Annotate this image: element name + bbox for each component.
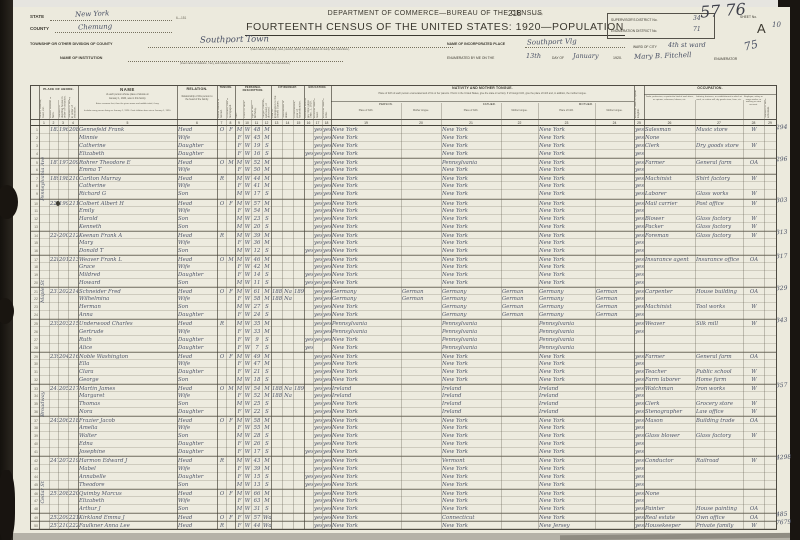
cell-rd: yes (314, 135, 322, 142)
cell-en: yes (635, 506, 644, 513)
cell-rel: Wife (178, 135, 217, 142)
cell-rel: Daughter (178, 345, 217, 352)
hole-punch-upper (0, 185, 18, 219)
cell-sc: yes (305, 345, 313, 352)
cell-wr: yes (323, 506, 331, 513)
cell-ag: 45 (252, 135, 262, 142)
cell-ag: 26 (252, 441, 262, 448)
row-number: 39 (31, 434, 38, 438)
row-number: 25 (31, 322, 38, 326)
cell-wr: yes (323, 127, 331, 134)
column-label-sx: Sex. (236, 95, 242, 118)
cell-en: yes (635, 280, 644, 287)
cell-rd: yes (314, 482, 322, 489)
cell-rd: yes (314, 441, 322, 448)
cell-ms: M (263, 425, 271, 432)
cell-sx: F (236, 167, 243, 174)
cell-fp: New York (442, 216, 501, 223)
cell-pb: New York (332, 135, 401, 142)
cell-wr: yes (323, 393, 331, 400)
table-row: 41JosephineDaughterFW17SyesyesyesNew Yor… (31, 448, 776, 456)
column-label-f: Number of family in order of visitation. (69, 95, 77, 118)
nativity-person: PERSON. (331, 103, 441, 106)
cell-h: 183 (50, 127, 58, 134)
cell-en: yes (635, 264, 644, 271)
table-row: 37245206218Frazier JacobHeadOFMW58Myesye… (31, 416, 776, 424)
sheet-hand-large: 75 (743, 37, 760, 53)
cell-rel: Wife (178, 466, 217, 473)
cell-fp: Ireland (442, 393, 501, 400)
nativity-mother: MOTHER. (538, 103, 634, 106)
cell-en: yes (635, 377, 644, 384)
cell-sx: F (236, 312, 243, 319)
state-line (50, 19, 172, 21)
county-value: Chemung (78, 22, 112, 31)
table-row: 38AmeliaWifeFW55MyesyesNew YorkNew YorkN… (31, 424, 776, 432)
cell-ag: 17 (252, 449, 262, 456)
cell-na: Na (283, 296, 293, 303)
cell-nm: Josephine (79, 449, 177, 456)
cell-ms: S (263, 272, 271, 279)
cell-pb: New York (332, 240, 401, 247)
cell-tr: None (645, 135, 695, 142)
cell-m8: F (227, 127, 235, 134)
cell-wr: yes (323, 264, 331, 271)
cell-in: Dry goods store (696, 143, 743, 150)
row-number: 48 (31, 507, 38, 511)
state-label: STATE (30, 14, 44, 19)
table-row: 24AnnaDaughterFW24SyesyesNew YorkGermany… (31, 311, 776, 319)
cell-cr: W (244, 433, 251, 440)
cell-ag: 23 (252, 216, 262, 223)
cell-en: yes (635, 409, 644, 416)
cell-rd: yes (314, 264, 322, 271)
column-label-na: Naturalized or alien. (283, 95, 292, 118)
cell-cr: W (244, 296, 251, 303)
row-number: 15 (31, 241, 38, 245)
cell-rd: yes (314, 312, 322, 319)
cell-rd: yes (314, 183, 322, 190)
cell-ag: 41 (252, 183, 262, 190)
cell-cr: W (244, 224, 251, 231)
cell-h: 257 (50, 523, 58, 530)
cell-em: W (744, 409, 764, 416)
cell-em: W (744, 224, 764, 231)
cell-sc: yes (305, 248, 313, 255)
row-number: 30 (31, 362, 38, 366)
cell-en: yes (635, 329, 644, 336)
grid-line-major (39, 86, 40, 529)
cell-pb: New York (332, 248, 401, 255)
cell-tr: Laborer (645, 191, 695, 198)
cell-in: Glass works (696, 191, 743, 198)
cell-rd: yes (314, 280, 322, 287)
cell-en: yes (635, 135, 644, 142)
cell-fp: New York (442, 151, 501, 158)
cell-nm: Catherine (79, 143, 177, 150)
margin-annotation: 313 (776, 228, 788, 236)
cell-cr: W (244, 312, 251, 319)
cell-in: House painting (696, 506, 743, 513)
cell-em: W (744, 377, 764, 384)
cell-rd: yes (314, 393, 322, 400)
cell-sx: M (236, 191, 243, 198)
cell-ag: 52 (252, 393, 262, 400)
cell-sx: M (236, 506, 243, 513)
table-row: 21231202214Schneider FredHeadOFMW61M1887… (31, 287, 776, 295)
cell-rd: yes (314, 337, 322, 344)
cell-rd: yes (314, 304, 322, 311)
row-number: 35 (31, 402, 38, 406)
table-row: 5187197209Rohrer Theodore EHeadOMMW52Mye… (31, 158, 776, 166)
cell-mp: New York (539, 498, 595, 505)
ward-value: 4th st ward (668, 41, 706, 49)
grid-line-major (271, 86, 272, 529)
cell-ms: M (263, 127, 271, 134)
grid-line-major (304, 86, 305, 529)
group-education: EDUCATION. (304, 87, 331, 90)
cell-wr: yes (323, 329, 331, 336)
row-number: 11 (31, 209, 38, 213)
cell-cr: W (244, 441, 251, 448)
cell-pb: New York (332, 441, 401, 448)
cell-pb: New York (332, 143, 401, 150)
father-place-label: Place of birth. (441, 110, 501, 113)
cell-fp: Ireland (442, 401, 501, 408)
cell-mp: New York (539, 482, 595, 489)
cell-sx: F (236, 466, 243, 473)
scan-corner-top-right (778, 0, 800, 7)
cell-ag: 39 (252, 466, 262, 473)
cell-mp: New York (539, 208, 595, 215)
table-row: 15MaryWifeFW36MyesyesNew YorkNew YorkNew… (31, 239, 776, 247)
column-label-ms: Single, married, widowed, or divorced. (263, 95, 270, 118)
cell-rel: Wife (178, 167, 217, 174)
cell-mp: Pennsylvania (539, 337, 595, 344)
table-row: 9Richard GSonMW17SyesyesNew YorkNew York… (31, 190, 776, 198)
cell-ms: S (263, 482, 271, 489)
group-tenure: TENURE. (217, 87, 235, 90)
margin-annotation: 343 (776, 317, 788, 325)
scan-edge-left (0, 0, 13, 540)
cell-em: OA (744, 506, 764, 513)
column-label-farm: Number of farm schedule. (765, 95, 775, 118)
cell-pb: New York (332, 345, 401, 352)
cell-ms: S (263, 441, 271, 448)
cell-mp: New York (539, 224, 595, 231)
cell-fp: New York (442, 167, 501, 174)
table-row: 25235203215Underwood CharlesHeadRMW35Mye… (31, 319, 776, 327)
cell-rd: yes (314, 425, 322, 432)
cell-rel: Daughter (178, 369, 217, 376)
cell-nm: Gertrude (79, 329, 177, 336)
cell-nm: Theodore (79, 482, 177, 489)
cell-tr: Glass blower (645, 433, 695, 440)
cell-pb: New York (332, 151, 401, 158)
cell-pb: New York (332, 208, 401, 215)
cell-rd: yes (314, 224, 322, 231)
margin-annotation: 317 (776, 253, 788, 261)
cell-en: yes (635, 272, 644, 279)
table-header-band: PLACE OF ABODE. NAME of each person whos… (31, 86, 776, 119)
cell-rel: Son (178, 280, 217, 287)
street-name-vertical: Cedar St (40, 458, 46, 527)
cell-rel: Daughter (178, 449, 217, 456)
cell-rd: yes (314, 296, 322, 303)
cell-pb: Germany (332, 296, 401, 303)
column-number: 17 (313, 121, 322, 125)
table-row: 47ElizabethWifeFW63MyesyesNew YorkNew Yo… (31, 497, 776, 505)
cell-fp: New York (442, 143, 501, 150)
grid-line (695, 100, 696, 529)
cell-cr: W (244, 183, 251, 190)
cell-rel: Wife (178, 498, 217, 505)
column-number: 24 (595, 121, 634, 125)
cell-cr: W (244, 135, 251, 142)
cell-ms: S (263, 248, 271, 255)
cell-ms: M (263, 466, 271, 473)
scan-edge-right (790, 0, 800, 540)
cell-ms: S (263, 401, 271, 408)
cell-o: R (218, 523, 226, 530)
cell-in: Public school (696, 369, 743, 376)
cell-rd: yes (314, 127, 322, 134)
cell-ms: M (263, 135, 271, 142)
grid-line-major (331, 86, 332, 529)
cell-pb: New York (332, 433, 401, 440)
cell-wr: yes (323, 143, 331, 150)
cell-rd: yes (314, 466, 322, 473)
cell-nm: Wilhelmina (79, 296, 177, 303)
row-number: 34 (31, 394, 38, 398)
cell-wr: yes (323, 240, 331, 247)
cell-fp: New York (442, 523, 501, 530)
cell-fp: Pennsylvania (442, 337, 501, 344)
cell-rel: Daughter (178, 151, 217, 158)
corner-handwritten-number: 57 76 (699, 0, 746, 22)
row-number: 17 (31, 258, 38, 262)
incorporated-label: NAME OF INCORPORATED PLACE (447, 42, 505, 46)
cell-pb: Ireland (332, 393, 401, 400)
table-row: 17228201213Weaver Frank LHeadOMMW46Myesy… (31, 255, 776, 263)
cell-rel: Son (178, 377, 217, 384)
cell-nm: Thomas (79, 401, 177, 408)
cell-mp: Pennsylvania (539, 329, 595, 336)
column-number: 16 (304, 121, 313, 125)
table-row: 26GertrudeWifeFW33MyesyesPennsylvaniaPen… (31, 328, 776, 336)
row-number: 16 (31, 249, 38, 253)
margin-annotation: 303 (776, 196, 788, 204)
cell-pb: New York (332, 361, 401, 368)
cell-fp: Ireland (442, 409, 501, 416)
district-value: 71 (693, 26, 701, 33)
cell-sc: yes (305, 474, 313, 481)
enumerated-month: January (573, 52, 599, 60)
cell-pb: New York (332, 498, 401, 505)
cell-ag: 16 (252, 151, 262, 158)
occupation-col27-label: Industry, business, or establishment in … (696, 96, 742, 101)
cell-in: Tool works (696, 304, 743, 311)
column-label-street: Street, avenue, road, etc. (40, 95, 48, 118)
cell-nm: Ruth (79, 337, 177, 344)
cell-rd: yes (314, 208, 322, 215)
nativity-note: Place of birth of each person enumerated… (341, 93, 624, 96)
cell-nm: Edna (79, 441, 177, 448)
grid-line (441, 103, 442, 529)
cell-in: Private family (696, 523, 743, 530)
row-number: 47 (31, 499, 38, 503)
cell-cr: W (244, 466, 251, 473)
cell-nm: Alice (79, 345, 177, 352)
grid-line (243, 100, 244, 529)
enumerated-year: 1920. (613, 56, 622, 60)
cell-wr: yes (323, 425, 331, 432)
cell-sx: F (236, 498, 243, 505)
cell-mp: New York (539, 377, 595, 384)
cell-cr: W (244, 401, 251, 408)
cell-tr: Packer (645, 224, 695, 231)
cell-mp: New York (539, 143, 595, 150)
cell-ms: S (263, 143, 271, 150)
cell-rd: yes (314, 361, 322, 368)
cell-ms: M (263, 167, 271, 174)
group-name-title: NAME (78, 88, 177, 93)
cell-em: W (744, 191, 764, 198)
cell-pb: New York (332, 523, 401, 530)
table-row: 39WalterSonMW28SyesyesNew YorkNew YorkNe… (31, 432, 776, 440)
cell-em: W (744, 216, 764, 223)
cell-wr: yes (323, 272, 331, 279)
cell-cr: W (244, 143, 251, 150)
cell-mp: New York (539, 466, 595, 473)
sheet-hand-small: 10 (772, 21, 781, 29)
cell-ms: S (263, 191, 271, 198)
cell-pb: New York (332, 377, 401, 384)
column-number: 4 (68, 121, 78, 125)
row-number: 50 (31, 524, 38, 528)
cell-mt: German (596, 312, 634, 319)
cell-pb: New York (332, 224, 401, 231)
cell-en: yes (635, 224, 644, 231)
mother-place-label: Place of birth. (538, 110, 595, 113)
cell-ag: 12 (252, 248, 262, 255)
cell-in: Grocery store (696, 401, 743, 408)
table-row: 30EllaWifeFW47MyesyesNew YorkNew YorkNew… (31, 360, 776, 368)
cell-ms: S (263, 345, 271, 352)
person-place-label: Place of birth. (331, 110, 401, 113)
cell-cr: W (244, 191, 251, 198)
cell-nm: Kenneth (79, 224, 177, 231)
cell-rd: yes (314, 216, 322, 223)
cell-mp: Germany (539, 296, 595, 303)
grid-line (313, 100, 314, 529)
cell-ag: 24 (252, 312, 262, 319)
scan-edge-top (0, 0, 800, 7)
table-row: 16Donald TSonMW12SyesyesyesNew YorkNew Y… (31, 247, 776, 255)
column-number: 23 (538, 121, 595, 125)
cell-pb: New York (332, 272, 401, 279)
cell-em: W (744, 304, 764, 311)
cell-in: Home farm (696, 377, 743, 384)
cell-wr: yes (323, 151, 331, 158)
cell-ag: 63 (252, 498, 262, 505)
cell-rd: yes (314, 143, 322, 150)
column-number: 1 (39, 121, 49, 125)
cell-nm: Walter (79, 433, 177, 440)
cell-mp: Germany (539, 304, 595, 311)
row-number: 31 (31, 370, 38, 374)
cell-wr: yes (323, 401, 331, 408)
cell-ms: S (263, 304, 271, 311)
row-number: 23 (31, 305, 38, 309)
cell-sc: yes (305, 272, 313, 279)
cell-d: 210 (59, 523, 68, 530)
cell-nm: Herman (79, 304, 177, 311)
cell-ms: M (263, 264, 271, 271)
cell-mp: New York (539, 191, 595, 198)
cell-sx: F (236, 425, 243, 432)
cell-ms: S (263, 312, 271, 319)
cell-rel: Son (178, 248, 217, 255)
cell-nm: Emily (79, 208, 177, 215)
township-note: (Insert name of township, town, precinct… (165, 49, 435, 52)
cell-sx: M (236, 224, 243, 231)
group-citizenship: CITIZENSHIP. (271, 87, 304, 90)
cell-mp: Ireland (539, 393, 595, 400)
cell-nm: Annabelle (79, 474, 177, 481)
cell-wr: yes (323, 498, 331, 505)
cell-sc: yes (305, 280, 313, 287)
cell-ag: 17 (252, 191, 262, 198)
cell-en: yes (635, 441, 644, 448)
cell-sx: F (236, 329, 243, 336)
cell-tr: Painter (645, 506, 695, 513)
cell-ag: 44 (252, 523, 262, 530)
row-number: 45 (31, 483, 38, 487)
cell-rel: Wife (178, 361, 217, 368)
column-number: 22 (501, 121, 538, 125)
row-number: 4 (31, 152, 38, 156)
cell-pt: German (402, 296, 441, 303)
cell-cr: W (244, 127, 251, 134)
township-value: Southport Town (200, 34, 269, 45)
cell-mp: New York (539, 248, 595, 255)
cell-sx: F (236, 264, 243, 271)
cell-tr: Machinist (645, 304, 695, 311)
row-number: 26 (31, 330, 38, 334)
name-note-3: Enter surname first, then the given name… (82, 103, 173, 106)
grid-line (322, 100, 323, 529)
table-row: 23HermanSonMW27SyesyesNew YorkGermanyGer… (31, 303, 776, 311)
street-name-vertical: Broadway (40, 354, 46, 455)
cell-fp: Pennsylvania (442, 329, 501, 336)
cell-fp: New York (442, 280, 501, 287)
group-place-of-abode: PLACE OF ABODE. (39, 88, 78, 91)
cell-en: yes (635, 361, 644, 368)
cell-rel: Daughter (178, 474, 217, 481)
cell-sx: M (236, 377, 243, 384)
cell-rel: Wife (178, 425, 217, 432)
row-number: 46 (31, 492, 38, 496)
table-row: 29239204216Noble WashingtonHeadOFMW49Mye… (31, 352, 776, 360)
cell-sx: M (236, 401, 243, 408)
group-personal-description: PERSONAL DESCRIPTION. (235, 87, 271, 93)
column-number: 7 (217, 121, 226, 125)
cell-rel: Daughter (178, 312, 217, 319)
cell-ag: 22 (252, 409, 262, 416)
cell-cr: W (244, 409, 251, 416)
column-number: 25 (634, 121, 644, 125)
